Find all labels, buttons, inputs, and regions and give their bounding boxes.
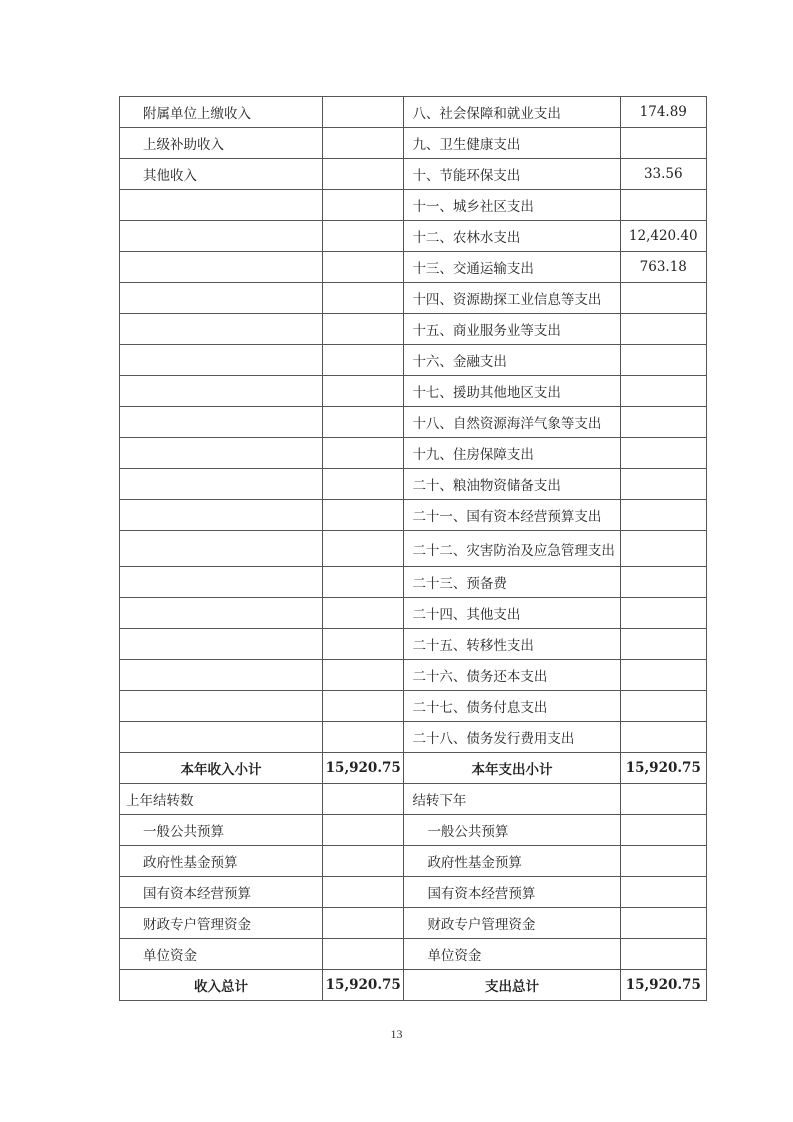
income-value: [323, 722, 404, 753]
expense-value: 763.18: [620, 252, 706, 283]
expense-label: 十八、自然资源海洋气象等支出: [404, 407, 620, 438]
subtotal-row: 本年收入小计15,920.75本年支出小计15,920.75: [120, 753, 707, 784]
table-row: 二十四、其他支出: [120, 598, 707, 629]
income-label: [120, 438, 323, 469]
table-row: 十七、援助其他地区支出: [120, 376, 707, 407]
expense-value: [620, 314, 706, 345]
table-row: 十一、城乡社区支出: [120, 190, 707, 221]
expense-label: 二十七、债务付息支出: [404, 691, 620, 722]
income-label: [120, 691, 323, 722]
expense-label: 支出总计: [404, 970, 620, 1001]
income-label: 财政专户管理资金: [120, 908, 323, 939]
expense-value: 12,420.40: [620, 221, 706, 252]
expense-label: 国有资本经营预算: [404, 877, 620, 908]
carry-item-row: 一般公共预算一般公共预算: [120, 815, 707, 846]
expense-label: 十九、住房保障支出: [404, 438, 620, 469]
income-label: [120, 660, 323, 691]
income-value: [323, 128, 404, 159]
expense-label: 二十五、转移性支出: [404, 629, 620, 660]
income-label: [120, 567, 323, 598]
expense-label: 十一、城乡社区支出: [404, 190, 620, 221]
expense-label: 本年支出小计: [404, 753, 620, 784]
expense-value: [620, 939, 706, 970]
income-value: [323, 846, 404, 877]
expense-label: 二十一、国有资本经营预算支出: [404, 500, 620, 531]
expense-label: 十、节能环保支出: [404, 159, 620, 190]
table-row: 附属单位上缴收入八、社会保障和就业支出174.89: [120, 97, 707, 128]
table-row: 上级补助收入九、卫生健康支出: [120, 128, 707, 159]
income-label: [120, 221, 323, 252]
table-row: 十四、资源勘探工业信息等支出: [120, 283, 707, 314]
income-value: [323, 567, 404, 598]
expense-value: [620, 877, 706, 908]
income-label: 附属单位上缴收入: [120, 97, 323, 128]
income-value: [323, 221, 404, 252]
income-value: [323, 908, 404, 939]
income-label: 上年结转数: [120, 784, 323, 815]
income-value: [323, 252, 404, 283]
carry-item-row: 单位资金单位资金: [120, 939, 707, 970]
income-label: [120, 252, 323, 283]
income-value: [323, 784, 404, 815]
income-value: [323, 629, 404, 660]
income-value: [323, 939, 404, 970]
income-label: [120, 531, 323, 567]
income-value: [323, 660, 404, 691]
income-value: [323, 97, 404, 128]
carry-item-row: 财政专户管理资金财政专户管理资金: [120, 908, 707, 939]
expense-value: [620, 190, 706, 221]
expense-label: 十五、商业服务业等支出: [404, 314, 620, 345]
expense-value: 15,920.75: [620, 753, 706, 784]
expense-value: [620, 660, 706, 691]
expense-value: 174.89: [620, 97, 706, 128]
expense-label: 十六、金融支出: [404, 345, 620, 376]
expense-value: [620, 376, 706, 407]
table-row: 二十二、灾害防治及应急管理支出: [120, 531, 707, 567]
income-value: [323, 877, 404, 908]
income-value: [323, 531, 404, 567]
expense-value: [620, 407, 706, 438]
expense-value: [620, 283, 706, 314]
expense-value: 15,920.75: [620, 970, 706, 1001]
expense-label: 二十六、债务还本支出: [404, 660, 620, 691]
expense-label: 十二、农林水支出: [404, 221, 620, 252]
table-row: 二十、粮油物资储备支出: [120, 469, 707, 500]
expense-label: 二十、粮油物资储备支出: [404, 469, 620, 500]
table-row: 十六、金融支出: [120, 345, 707, 376]
expense-label: 二十八、债务发行费用支出: [404, 722, 620, 753]
expense-value: [620, 345, 706, 376]
income-value: 15,920.75: [323, 753, 404, 784]
income-label: 政府性基金预算: [120, 846, 323, 877]
income-label: 一般公共预算: [120, 815, 323, 846]
total-row: 收入总计15,920.75支出总计15,920.75: [120, 970, 707, 1001]
income-label: [120, 407, 323, 438]
expense-label: 八、社会保障和就业支出: [404, 97, 620, 128]
income-value: [323, 469, 404, 500]
expense-label: 二十四、其他支出: [404, 598, 620, 629]
expense-value: [620, 815, 706, 846]
carry-item-row: 政府性基金预算政府性基金预算: [120, 846, 707, 877]
carry-row: 上年结转数结转下年: [120, 784, 707, 815]
income-label: [120, 314, 323, 345]
expense-label: 一般公共预算: [404, 815, 620, 846]
table-row: 二十一、国有资本经营预算支出: [120, 500, 707, 531]
expense-label: 二十三、预备费: [404, 567, 620, 598]
expense-value: [620, 128, 706, 159]
table-row: 二十八、债务发行费用支出: [120, 722, 707, 753]
expense-value: [620, 438, 706, 469]
income-label: 上级补助收入: [120, 128, 323, 159]
income-label: 本年收入小计: [120, 753, 323, 784]
income-value: [323, 159, 404, 190]
income-label: 其他收入: [120, 159, 323, 190]
table-row: 十八、自然资源海洋气象等支出: [120, 407, 707, 438]
income-label: [120, 598, 323, 629]
expense-value: [620, 691, 706, 722]
expense-label: 二十二、灾害防治及应急管理支出: [404, 531, 620, 567]
expense-label: 十三、交通运输支出: [404, 252, 620, 283]
income-label: 单位资金: [120, 939, 323, 970]
expense-value: [620, 722, 706, 753]
income-value: [323, 691, 404, 722]
table-row: 十三、交通运输支出763.18: [120, 252, 707, 283]
table-row: 二十六、债务还本支出: [120, 660, 707, 691]
expense-label: 结转下年: [404, 784, 620, 815]
expense-value: [620, 531, 706, 567]
table-row: 二十七、债务付息支出: [120, 691, 707, 722]
budget-table: 附属单位上缴收入八、社会保障和就业支出174.89上级补助收入九、卫生健康支出其…: [119, 96, 707, 1001]
income-label: [120, 190, 323, 221]
income-value: [323, 283, 404, 314]
page-number: 13: [0, 1027, 793, 1042]
table-row: 十九、住房保障支出: [120, 438, 707, 469]
expense-label: 单位资金: [404, 939, 620, 970]
expense-label: 十四、资源勘探工业信息等支出: [404, 283, 620, 314]
income-value: [323, 598, 404, 629]
expense-value: 33.56: [620, 159, 706, 190]
expense-value: [620, 469, 706, 500]
income-value: [323, 345, 404, 376]
income-value: [323, 815, 404, 846]
expense-value: [620, 908, 706, 939]
table-row: 其他收入十、节能环保支出33.56: [120, 159, 707, 190]
table-row: 十二、农林水支出12,420.40: [120, 221, 707, 252]
income-value: [323, 438, 404, 469]
income-label: [120, 469, 323, 500]
expense-label: 财政专户管理资金: [404, 908, 620, 939]
income-value: [323, 407, 404, 438]
income-label: [120, 629, 323, 660]
expense-value: [620, 784, 706, 815]
income-value: 15,920.75: [323, 970, 404, 1001]
expense-value: [620, 500, 706, 531]
income-label: [120, 376, 323, 407]
table-row: 二十五、转移性支出: [120, 629, 707, 660]
table-row: 二十三、预备费: [120, 567, 707, 598]
income-label: 国有资本经营预算: [120, 877, 323, 908]
expense-label: 十七、援助其他地区支出: [404, 376, 620, 407]
income-label: [120, 345, 323, 376]
expense-value: [620, 846, 706, 877]
expense-value: [620, 629, 706, 660]
income-label: [120, 722, 323, 753]
income-value: [323, 376, 404, 407]
income-value: [323, 190, 404, 221]
income-value: [323, 314, 404, 345]
carry-item-row: 国有资本经营预算国有资本经营预算: [120, 877, 707, 908]
income-value: [323, 500, 404, 531]
income-label: 收入总计: [120, 970, 323, 1001]
expense-value: [620, 567, 706, 598]
income-label: [120, 283, 323, 314]
expense-value: [620, 598, 706, 629]
income-label: [120, 500, 323, 531]
expense-label: 九、卫生健康支出: [404, 128, 620, 159]
table-row: 十五、商业服务业等支出: [120, 314, 707, 345]
expense-label: 政府性基金预算: [404, 846, 620, 877]
